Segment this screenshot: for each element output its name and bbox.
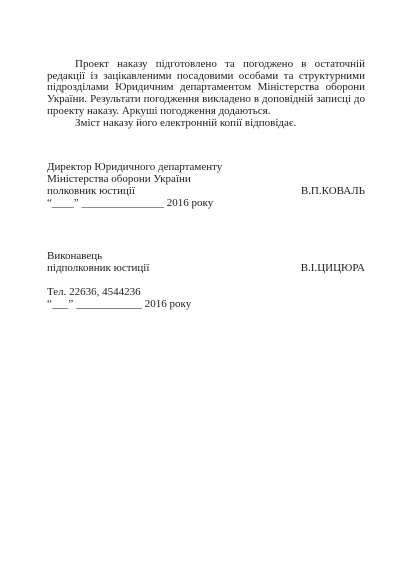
executor-name: В.І.ЦИЦЮРА [301, 262, 365, 274]
executor-label: Виконавець [47, 250, 365, 262]
director-signature-block: Директор Юридичного департаменту Міністе… [47, 161, 365, 209]
director-name: В.П.КОВАЛЬ [301, 185, 365, 197]
blank-line [47, 274, 365, 286]
executor-phone: Тел. 22636, 4544236 [47, 286, 365, 298]
director-date-line: “____” _______________ 2016 року [47, 197, 365, 209]
executor-rank-name-row: підполковник юстиції В.І.ЦИЦЮРА [47, 262, 365, 274]
executor-rank: підполковник юстиції [47, 262, 149, 274]
content-match-line: Зміст наказу його електронній копії відп… [47, 118, 365, 130]
director-title-line1: Директор Юридичного департаменту [47, 161, 365, 173]
director-rank: полковник юстиції [47, 185, 135, 197]
executor-date-line: “___” ____________ 2016 року [47, 298, 365, 310]
approval-paragraph: Проект наказу підготовлено та погоджено … [47, 59, 365, 118]
director-title-line2: Міністерства оборони України [47, 173, 365, 185]
document-page: Проект наказу підготовлено та погоджено … [0, 0, 410, 579]
executor-signature-block: Виконавець підполковник юстиції В.І.ЦИЦЮ… [47, 250, 365, 310]
director-rank-name-row: полковник юстиції В.П.КОВАЛЬ [47, 185, 365, 197]
